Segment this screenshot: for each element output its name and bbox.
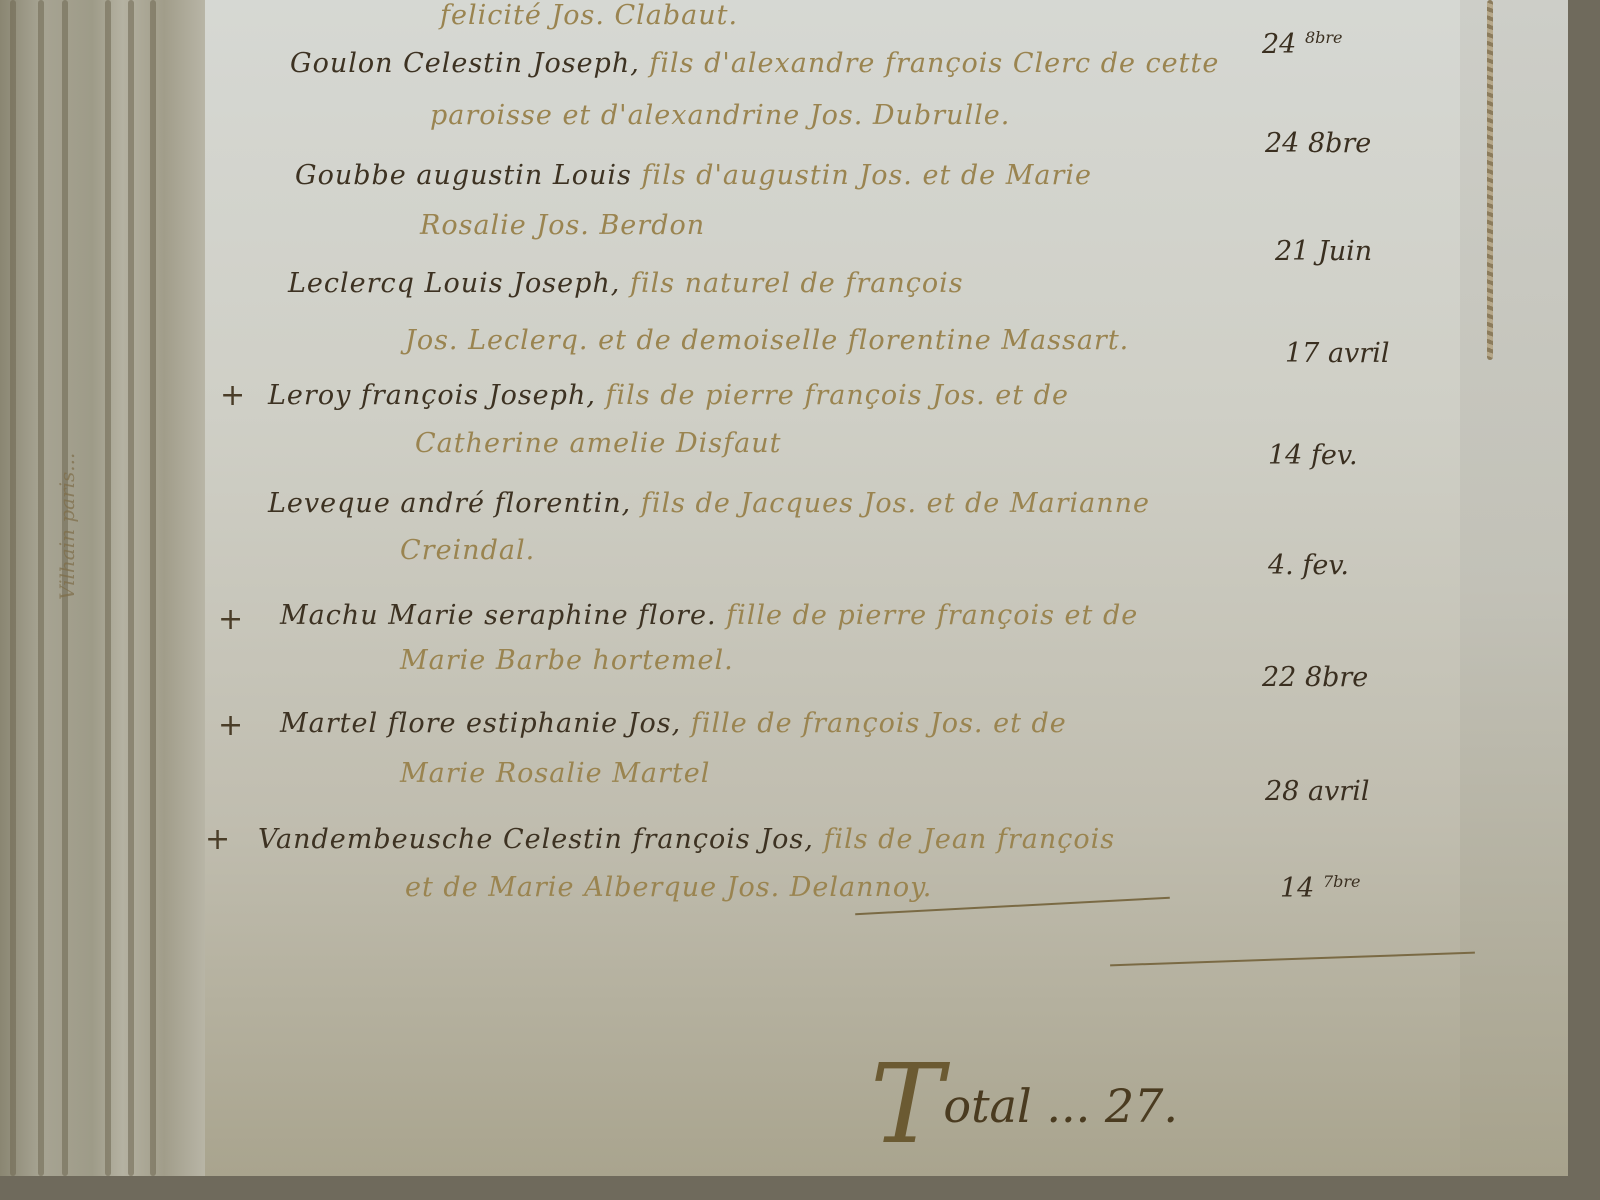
entry-text: fils d'alexandre françois Clerc de cette bbox=[649, 48, 1219, 79]
binding-thread bbox=[1487, 0, 1493, 360]
entry-date: 14 fev. bbox=[1268, 440, 1358, 471]
entry-text: fils de pierre françois Jos. et de bbox=[606, 380, 1069, 411]
deceased-cross-marker: + bbox=[218, 602, 243, 637]
entry-date: 24 8bre bbox=[1265, 128, 1371, 159]
deceased-cross-marker: + bbox=[205, 822, 230, 857]
page-edge bbox=[128, 0, 134, 1176]
entry-text: paroisse et d'alexandrine Jos. Dubrulle. bbox=[430, 100, 1010, 131]
entry-text: fils d'augustin Jos. et de Marie bbox=[641, 160, 1092, 191]
entry-name: Leclercq Louis Joseph, bbox=[288, 268, 620, 299]
total-line: Total ... 27. bbox=[870, 1020, 1178, 1148]
entry-text: Catherine amelie Disfaut bbox=[415, 428, 781, 459]
entry-date: 14 7bre bbox=[1280, 872, 1361, 904]
margin-note: Vilhain paris... bbox=[55, 453, 79, 600]
entry-text: fils de Jacques Jos. et de Marianne bbox=[641, 488, 1150, 519]
deceased-cross-marker: + bbox=[220, 378, 245, 413]
entry-date: 22 8bre bbox=[1262, 662, 1368, 693]
entry-text: Rosalie Jos. Berdon bbox=[420, 210, 705, 241]
entry-text: Creindal. bbox=[400, 535, 535, 566]
entry-date: 17 avril bbox=[1285, 338, 1389, 369]
entry-text: fils naturel de françois bbox=[630, 268, 964, 299]
right-margin bbox=[1460, 0, 1568, 1176]
entry-date: 24 8bre bbox=[1262, 28, 1343, 60]
page-edge bbox=[10, 0, 16, 1176]
entry-text: Jos. Leclerq. et de demoiselle florentin… bbox=[405, 325, 1129, 356]
total-label-cap: T bbox=[870, 1040, 943, 1168]
entry-name: Vandembeusche Celestin françois Jos, bbox=[258, 824, 814, 855]
page-edge bbox=[150, 0, 156, 1176]
entry-text: Marie Rosalie Martel bbox=[400, 758, 710, 789]
entry-text: fille de pierre françois et de bbox=[726, 600, 1138, 631]
entry-date: 21 Juin bbox=[1275, 236, 1372, 267]
entry-date: 4. fev. bbox=[1268, 550, 1349, 581]
entry-name: Goubbe augustin Louis bbox=[295, 160, 632, 191]
deceased-cross-marker: + bbox=[218, 708, 243, 743]
entry-name: Leroy françois Joseph, bbox=[268, 380, 596, 411]
entry-text: et de Marie Alberque Jos. Delannoy. bbox=[405, 872, 932, 903]
entry-date: 28 avril bbox=[1265, 776, 1369, 807]
total-dots: ... bbox=[1046, 1079, 1090, 1133]
entry-name: Leveque andré florentin, bbox=[268, 488, 631, 519]
page-edge bbox=[38, 0, 44, 1176]
entry-name: Martel flore estiphanie Jos, bbox=[280, 708, 681, 739]
entry-name: Goulon Celestin Joseph, bbox=[290, 48, 640, 79]
entry-text: fils de Jean françois bbox=[823, 824, 1115, 855]
total-label-rest: otal bbox=[943, 1079, 1031, 1133]
partial-top-line: felicité Jos. Clabaut. bbox=[440, 0, 738, 31]
entry-name: Machu Marie seraphine flore. bbox=[280, 600, 717, 631]
total-value: 27. bbox=[1105, 1079, 1178, 1133]
book-binding-left: Vilhain paris... bbox=[0, 0, 205, 1176]
entry-text: fille de françois Jos. et de bbox=[691, 708, 1067, 739]
page-edge bbox=[105, 0, 111, 1176]
entry-text: Marie Barbe hortemel. bbox=[400, 645, 734, 676]
